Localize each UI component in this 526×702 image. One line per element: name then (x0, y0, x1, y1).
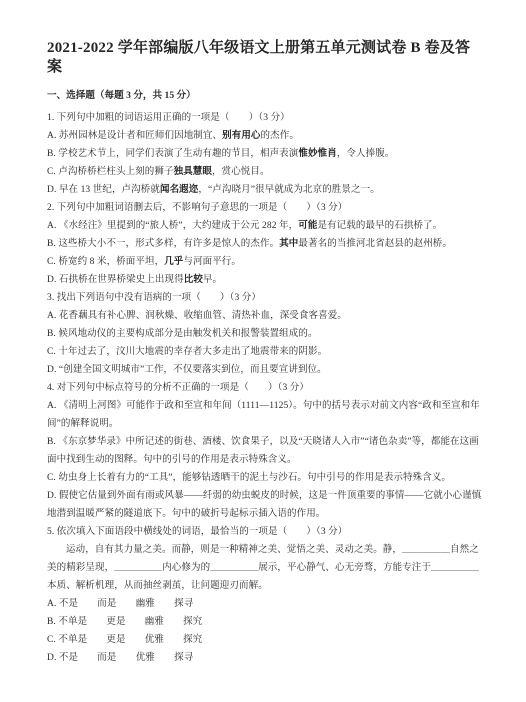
question-1-stem: 1. 下列句中加粗的词语运用正确的一项是（ ）（3 分） (47, 109, 482, 127)
option-text-post: 与河面平行。 (183, 257, 241, 267)
question-5-option-a: A. 不是 而是 幽雅 探寻 (47, 595, 482, 613)
option-bold-phrase: 独具慧眼 (174, 167, 212, 177)
option-bold-phrase: 比较 (184, 275, 203, 285)
question-4-option-d: D. 假使它估量到外面有雨或风暴——纤弱的幼虫蜕皮的时候，这是一件顶重要的事情—… (47, 487, 482, 523)
question-1-option-a: A. 苏州园林是设计者和匠师们因地制宜、别有用心的杰作。 (47, 127, 482, 145)
question-4-option-c: C. 幼虫身上长着有力的“工具”，能够钻透晒干的泥土与沙石。句中引号的作用是表示… (47, 469, 482, 487)
option-text-post: ，赏心悦目。 (212, 167, 270, 177)
question-4-option-a: A. 《清明上河图》可能作于政和至宣和年间（1111—1125）。句中的括号表示… (47, 397, 482, 433)
option-text-post: 早。 (203, 275, 222, 285)
option-text-pre: C. 桥宽约 8 米，桥面平坦， (47, 257, 164, 267)
question-2-option-b: B. 这些桥大小不一，形式多样，有许多是惊人的杰作。其中最著名的当推河北省赵县的… (47, 235, 482, 253)
question-5-option-d: D. 不是 而是 优雅 探寻 (47, 649, 482, 667)
option-text-pre: B. 这些桥大小不一，形式多样，有许多是惊人的杰作。 (47, 239, 279, 249)
question-4: 4. 对下列句中标点符号的分析不正确的一项是（ ）（3 分） A. 《清明上河图… (47, 379, 482, 523)
question-4-stem: 4. 对下列句中标点符号的分析不正确的一项是（ ）（3 分） (47, 379, 482, 397)
question-2: 2. 下列句中加粗词语删去后，不影响句子意思的一项是（ ）（3 分） A. 《水… (47, 199, 482, 289)
option-bold-phrase: 别有用心 (222, 131, 260, 141)
option-bold-phrase: 惟妙惟肖 (298, 149, 336, 159)
section-heading: 一、选择题（每题 3 分，共 15 分） (47, 87, 482, 105)
question-2-option-c: C. 桥宽约 8 米，桥面平坦，几乎与河面平行。 (47, 253, 482, 271)
question-5-passage: 运动，自有其力量之美。而静，则是一种精神之美、觉悟之美、灵动之美。静，＿＿＿＿＿… (47, 541, 482, 595)
option-text-pre: A. 苏州园林是设计者和匠师们因地制宜、 (47, 131, 222, 141)
question-5-stem: 5. 依次填入下面语段中横线处的词语，最恰当的一项是（ ）（3 分） (47, 523, 482, 541)
option-text-pre: A. 《水经注》里提到的“旅人桥”，大约建成于公元 282 年， (47, 221, 298, 231)
question-3-option-b: B. 候风地动仪的主要构成部分是由触发机关和报警装置组成的。 (47, 325, 482, 343)
option-text-pre: B. 学校艺术节上，同学们表演了生动有趣的节目，相声表演 (47, 149, 298, 159)
option-text-pre: D. 早在 13 世纪，卢沟桥就 (47, 185, 160, 195)
option-bold-phrase: 其中 (279, 239, 298, 249)
option-text-post: ，“卢沟晓月”很早就成为北京的胜景之一。 (198, 185, 379, 195)
question-2-stem: 2. 下列句中加粗词语删去后，不影响句子意思的一项是（ ）（3 分） (47, 199, 482, 217)
option-text-pre: C. 卢沟桥桥栏柱头上刻的狮子 (47, 167, 174, 177)
question-1: 1. 下列句中加粗的词语运用正确的一项是（ ）（3 分） A. 苏州园林是设计者… (47, 109, 482, 199)
question-3-option-c: C. 十年过去了，汶川大地震的幸存者大多走出了地震带来的阴影。 (47, 343, 482, 361)
option-bold-phrase: 可能 (298, 221, 317, 231)
question-1-option-d: D. 早在 13 世纪，卢沟桥就闻名遐迩，“卢沟晓月”很早就成为北京的胜景之一。 (47, 181, 482, 199)
option-bold-phrase: 几乎 (164, 257, 183, 267)
question-3: 3. 找出下列语句中没有语病的一项（ ）（3 分） A. 花香藕具有补心脾、润秋… (47, 289, 482, 379)
document-title: 2021-2022 学年部编版八年级语文上册第五单元测试卷 B 卷及答案 (47, 39, 482, 77)
question-4-option-b: B. 《东京梦华录》中所记述的街巷、酒楼、饮食果子，以及“天晓诸人入市”“诸色杂… (47, 433, 482, 469)
option-text-post: 的杰作。 (261, 131, 299, 141)
option-text-post: 是有记载的最早的石拱桥了。 (317, 221, 442, 231)
question-1-option-c: C. 卢沟桥桥栏柱头上刻的狮子独具慧眼，赏心悦目。 (47, 163, 482, 181)
question-3-stem: 3. 找出下列语句中没有语病的一项（ ）（3 分） (47, 289, 482, 307)
option-text-post: 最著名的当推河北省赵县的赵州桥。 (298, 239, 452, 249)
option-bold-phrase: 闻名遐迩 (160, 185, 198, 195)
question-2-option-a: A. 《水经注》里提到的“旅人桥”，大约建成于公元 282 年，可能是有记载的最… (47, 217, 482, 235)
question-2-option-d: D. 石拱桥在世界桥梁史上出现得比较早。 (47, 271, 482, 289)
option-text-pre: D. 石拱桥在世界桥梁史上出现得 (47, 275, 184, 285)
question-3-option-d: D. “创建全国文明城市”工作，不仅要落实到位，而且要宣讲到位。 (47, 361, 482, 379)
question-5-option-b: B. 不单是 更是 幽雅 探究 (47, 613, 482, 631)
question-1-option-b: B. 学校艺术节上，同学们表演了生动有趣的节目，相声表演惟妙惟肖，令人捧腹。 (47, 145, 482, 163)
question-5-option-c: C. 不单是 更是 优雅 探究 (47, 631, 482, 649)
question-3-option-a: A. 花香藕具有补心脾、润秋燥、收缩血管、清热补血，深受食客喜爱。 (47, 307, 482, 325)
document-page: 2021-2022 学年部编版八年级语文上册第五单元测试卷 B 卷及答案 一、选… (0, 0, 526, 702)
question-5: 5. 依次填入下面语段中横线处的词语，最恰当的一项是（ ）（3 分） 运动，自有… (47, 523, 482, 667)
option-text-post: ，令人捧腹。 (337, 149, 395, 159)
